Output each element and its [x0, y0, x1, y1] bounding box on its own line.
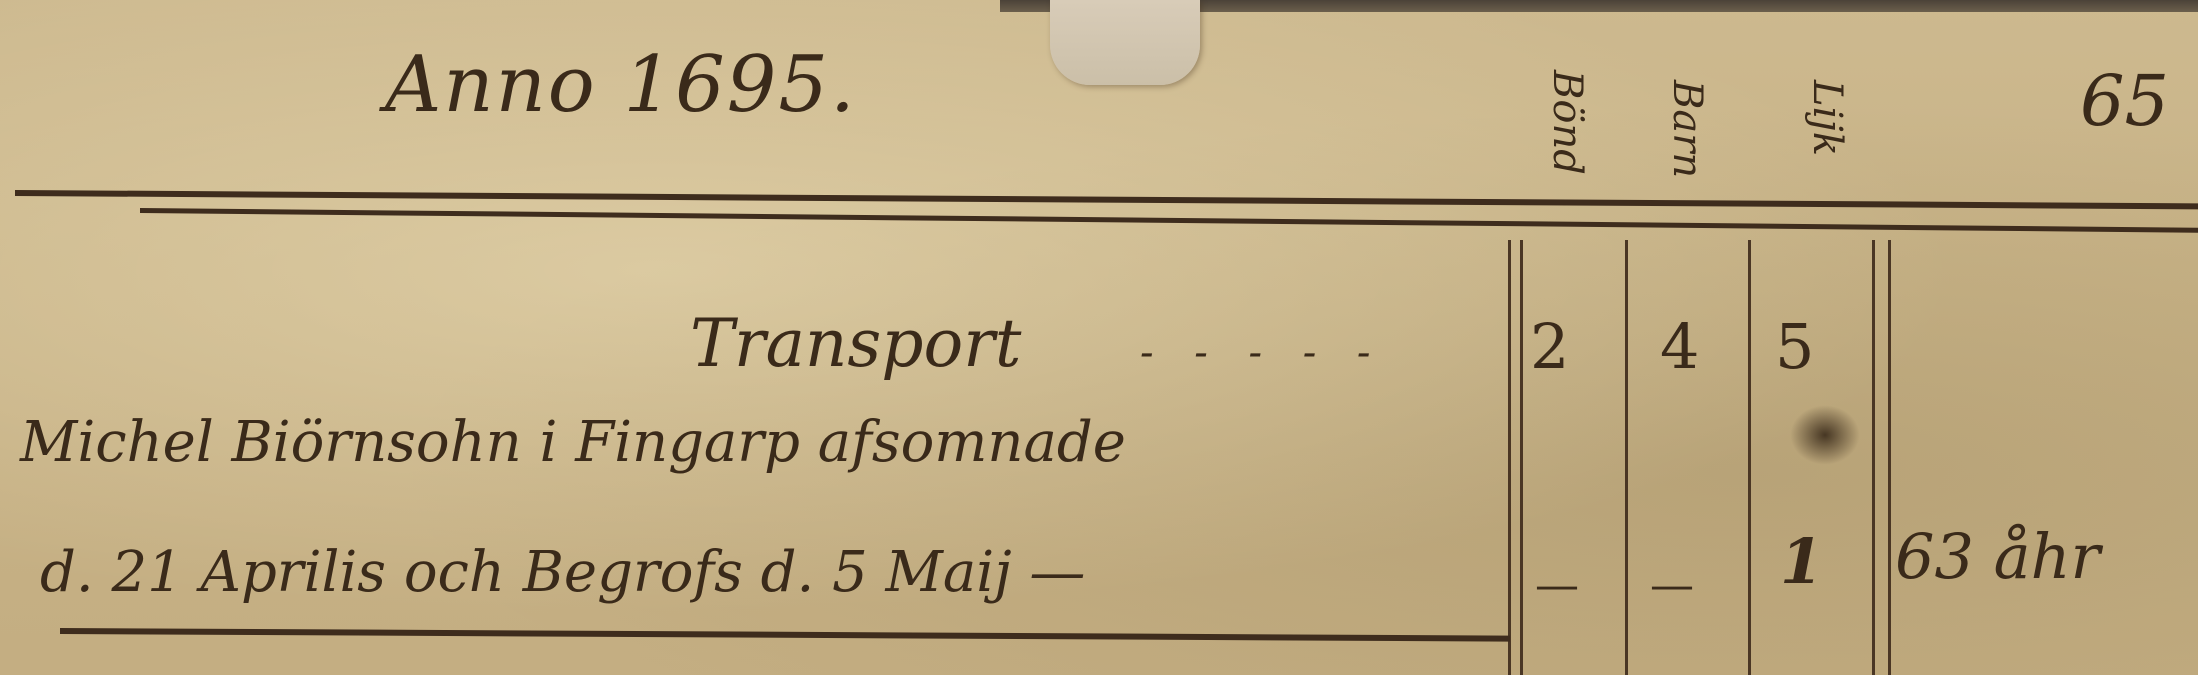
column-header-3: Lijk [1804, 80, 1850, 156]
entry-col1: — [1535, 560, 1579, 611]
column-header-2: Barn [1664, 80, 1710, 178]
transport-col1: 2 [1530, 310, 1569, 383]
header-rule-top [15, 190, 2198, 209]
transport-col2: 4 [1660, 310, 1699, 383]
ink-blot [1790, 405, 1860, 465]
column-header-1: Bönd [1544, 70, 1590, 175]
entry-rule [60, 628, 1510, 642]
header-rule-bottom [140, 208, 2198, 233]
entry-col2: — [1650, 560, 1694, 611]
entry-col3: 1 [1780, 525, 1823, 598]
entry-age: 63 åhr [1895, 520, 2100, 593]
entry-line-1: Michel Biörnsohn i Fingarp afsomnade [20, 410, 1126, 475]
entry-line-2: d. 21 Aprilis och Begrofs d. 5 Maij — [40, 540, 1085, 605]
column-divider [1508, 240, 1511, 675]
transport-dashes: - - - - - [1140, 330, 1384, 376]
transport-col3: 5 [1775, 310, 1814, 383]
column-divider [1625, 240, 1628, 675]
column-divider [1748, 240, 1751, 675]
page-number: 65 [2080, 60, 2169, 142]
column-divider [1520, 240, 1523, 675]
ledger-page: Anno 1695. 65 Bönd Barn Lijk Transport -… [0, 0, 2198, 675]
page-title: Anno 1695. [385, 40, 857, 130]
column-divider [1888, 240, 1891, 675]
transport-label: Transport [690, 305, 1021, 382]
paper-tab [1050, 0, 1200, 85]
column-divider [1872, 240, 1875, 675]
